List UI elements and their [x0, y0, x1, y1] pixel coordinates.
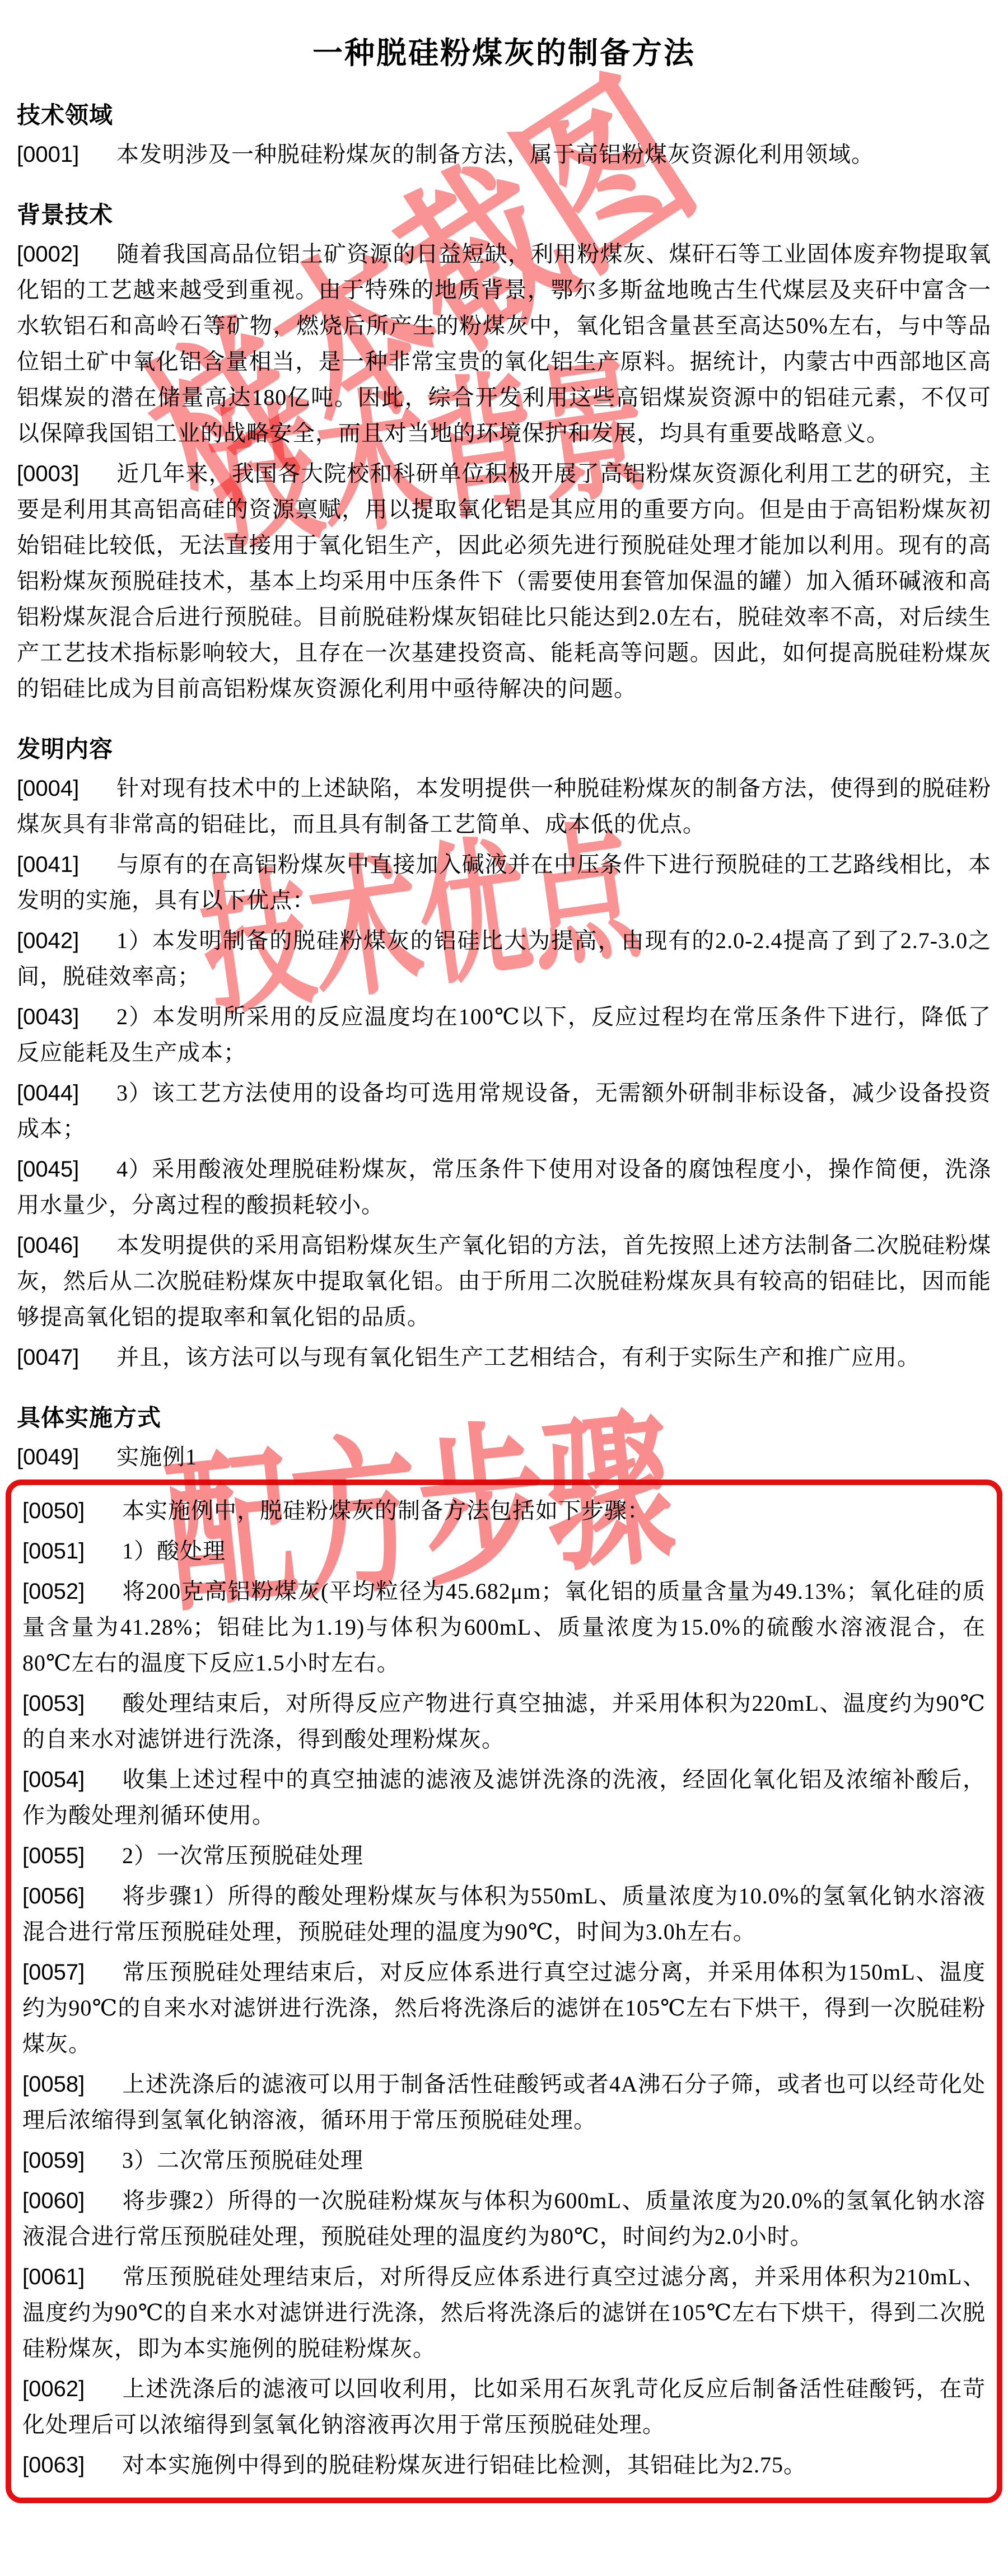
paragraph-text: 3）该工艺方法使用的设备均可选用常规设备，无需额外研制非标设备，减少设备投资成本…: [17, 1080, 991, 1141]
paragraph-number: [0049]: [17, 1439, 116, 1475]
paragraph-0054: [0054]收集上述过程中的真空抽滤的滤液及滤饼洗涤的洗液，经固化氧化铝及浓缩补…: [22, 1762, 986, 1833]
page-title: 一种脱硅粉煤灰的制备方法: [17, 34, 991, 73]
paragraph-number: [0050]: [22, 1493, 122, 1529]
paragraph-number: [0059]: [22, 2143, 122, 2178]
paragraph-number: [0041]: [17, 847, 116, 883]
paragraph-0063: [0063]对本实施例中得到的脱硅粉煤灰进行铝硅比检测，其铝硅比为2.75。: [22, 2447, 986, 2483]
paragraph-text: 酸处理结束后，对所得反应产物进行真空抽滤，并采用体积为220mL、温度约为90℃…: [22, 1691, 986, 1752]
paragraph-text: 上述洗涤后的滤液可以用于制备活性硅酸钙或者4A沸石分子筛，或者也可以经苛化处理后…: [22, 2071, 986, 2132]
paragraph-number: [0053]: [22, 1686, 122, 1721]
paragraph-number: [0045]: [17, 1151, 116, 1187]
paragraph-text: 本实施例中，脱硅粉煤灰的制备方法包括如下步骤：: [122, 1498, 650, 1523]
paragraph-number: [0063]: [22, 2447, 122, 2483]
paragraph-number: [0003]: [17, 456, 116, 492]
paragraph-number: [0047]: [17, 1340, 116, 1375]
paragraph-number: [0058]: [22, 2066, 122, 2102]
paragraph-text: 1）酸处理: [122, 1538, 226, 1564]
paragraph-text: 随着我国高品位铝土矿资源的日益短缺，利用粉煤灰、煤矸石等工业固体废弃物提取氧化铝…: [17, 241, 991, 446]
paragraph-0002: [0002]随着我国高品位铝土矿资源的日益短缺，利用粉煤灰、煤矸石等工业固体废弃…: [17, 236, 991, 451]
paragraph-number: [0046]: [17, 1228, 116, 1263]
paragraph-number: [0062]: [22, 2371, 122, 2407]
paragraph-0042: [0042]1）本发明制备的脱硅粉煤灰的铝硅比大为提高，由现有的2.0-2.4提…: [17, 923, 991, 995]
paragraph-text: 近几年来，我国各大院校和科研单位积极开展了高铝粉煤灰资源化利用工艺的研究，主要是…: [17, 461, 991, 701]
paragraph-text: 3）二次常压预脱硅处理: [122, 2148, 363, 2173]
paragraph-text: 收集上述过程中的真空抽滤的滤液及滤饼洗涤的洗液，经固化氧化铝及浓缩补酸后，作为酸…: [22, 1767, 986, 1828]
paragraph-text: 常压预脱硅处理结束后，对所得反应体系进行真空过滤分离，并采用体积为210mL、温…: [22, 2264, 986, 2361]
patent-document-page: 一种脱硅粉煤灰的制备方法 技术领域[0001]本发明涉及一种脱硅粉煤灰的制备方法…: [0, 0, 1008, 2576]
section-heading: 技术领域: [17, 97, 991, 133]
paragraph-0004: [0004]针对现有技术中的上述缺陷，本发明提供一种脱硅粉煤灰的制备方法，使得到…: [17, 771, 991, 842]
paragraph-text: 常压预脱硅处理结束后，对反应体系进行真空过滤分离，并采用体积为150mL、温度约…: [22, 1959, 986, 2056]
paragraph-0045: [0045]4）采用酸液处理脱硅粉煤灰，常压条件下使用对设备的腐蚀程度小，操作简…: [17, 1151, 991, 1223]
paragraph-number: [0055]: [22, 1838, 122, 1874]
document-body: 技术领域[0001]本发明涉及一种脱硅粉煤灰的制备方法，属于高铝粉煤灰资源化利用…: [17, 97, 991, 2503]
paragraph-0003: [0003]近几年来，我国各大院校和科研单位积极开展了高铝粉煤灰资源化利用工艺的…: [17, 456, 991, 707]
paragraph-text: 2）一次常压预脱硅处理: [122, 1843, 363, 1868]
paragraph-text: 对本实施例中得到的脱硅粉煤灰进行铝硅比检测，其铝硅比为2.75。: [122, 2452, 806, 2477]
paragraph-0041: [0041]与原有的在高铝粉煤灰中直接加入碱液并在中压条件下进行预脱硅的工艺路线…: [17, 847, 991, 918]
paragraph-0057: [0057]常压预脱硅处理结束后，对反应体系进行真空过滤分离，并采用体积为150…: [22, 1954, 986, 2062]
paragraph-text: 本发明提供的采用高铝粉煤灰生产氧化铝的方法，首先按照上述方法制备二次脱硅粉煤灰，…: [17, 1233, 991, 1329]
paragraph-0061: [0061]常压预脱硅处理结束后，对所得反应体系进行真空过滤分离，并采用体积为2…: [22, 2259, 986, 2367]
paragraph-0047: [0047]并且，该方法可以与现有氧化铝生产工艺相结合，有利于实际生产和推广应用…: [17, 1340, 991, 1375]
paragraph-text: 与原有的在高铝粉煤灰中直接加入碱液并在中压条件下进行预脱硅的工艺路线相比，本发明…: [17, 852, 991, 913]
paragraph-0053: [0053]酸处理结束后，对所得反应产物进行真空抽滤，并采用体积为220mL、温…: [22, 1686, 986, 1757]
paragraph-text: 实施例1: [116, 1444, 197, 1469]
paragraph-number: [0004]: [17, 771, 116, 806]
paragraph-number: [0001]: [17, 137, 116, 172]
paragraph-number: [0044]: [17, 1075, 116, 1111]
paragraph-0059: [0059]3）二次常压预脱硅处理: [22, 2143, 986, 2178]
paragraph-number: [0052]: [22, 1574, 122, 1609]
section-heading: 背景技术: [17, 197, 991, 233]
paragraph-number: [0054]: [22, 1762, 122, 1798]
paragraph-0001: [0001]本发明涉及一种脱硅粉煤灰的制备方法，属于高铝粉煤灰资源化利用领域。: [17, 137, 991, 172]
paragraph-text: 4）采用酸液处理脱硅粉煤灰，常压条件下使用对设备的腐蚀程度小，操作简便，洗涤用水…: [17, 1156, 991, 1217]
section-heading: 具体实施方式: [17, 1400, 991, 1436]
paragraph-text: 针对现有技术中的上述缺陷，本发明提供一种脱硅粉煤灰的制备方法，使得到的脱硅粉煤灰…: [17, 776, 991, 837]
paragraph-0051: [0051]1）酸处理: [22, 1533, 986, 1569]
paragraph-number: [0043]: [17, 999, 116, 1035]
paragraph-text: 将200克高铝粉煤灰(平均粒径为45.682μm；氧化铝的质量含量为49.13%…: [22, 1579, 986, 1676]
paragraph-0058: [0058]上述洗涤后的滤液可以用于制备活性硅酸钙或者4A沸石分子筛，或者也可以…: [22, 2066, 986, 2138]
paragraph-0062: [0062]上述洗涤后的滤液可以回收利用，比如采用石灰乳苛化反应后制备活性硅酸钙…: [22, 2371, 986, 2443]
paragraph-number: [0060]: [22, 2183, 122, 2219]
section-heading: 发明内容: [17, 731, 991, 767]
paragraph-0056: [0056]将步骤1）所得的酸处理粉煤灰与体积为550mL、质量浓度为10.0%…: [22, 1878, 986, 1950]
paragraph-text: 上述洗涤后的滤液可以回收利用，比如采用石灰乳苛化反应后制备活性硅酸钙，在苛化处理…: [22, 2376, 986, 2437]
paragraph-number: [0056]: [22, 1878, 122, 1914]
paragraph-0043: [0043]2）本发明所采用的反应温度均在100℃以下，反应过程均在常压条件下进…: [17, 999, 991, 1071]
paragraph-0052: [0052]将200克高铝粉煤灰(平均粒径为45.682μm；氧化铝的质量含量为…: [22, 1574, 986, 1681]
paragraph-text: 2）本发明所采用的反应温度均在100℃以下，反应过程均在常压条件下进行，降低了反…: [17, 1004, 991, 1065]
paragraph-0060: [0060]将步骤2）所得的一次脱硅粉煤灰与体积为600mL、质量浓度为20.0…: [22, 2183, 986, 2255]
paragraph-number: [0042]: [17, 923, 116, 959]
paragraph-text: 并且，该方法可以与现有氧化铝生产工艺相结合，有利于实际生产和推广应用。: [116, 1345, 920, 1370]
paragraph-text: 将步骤1）所得的酸处理粉煤灰与体积为550mL、质量浓度为10.0%的氢氧化钠水…: [22, 1883, 986, 1944]
paragraph-0046: [0046]本发明提供的采用高铝粉煤灰生产氧化铝的方法，首先按照上述方法制备二次…: [17, 1228, 991, 1335]
paragraph-0055: [0055]2）一次常压预脱硅处理: [22, 1838, 986, 1874]
highlight-red-box: [0050]本实施例中，脱硅粉煤灰的制备方法包括如下步骤：[0051]1）酸处理…: [6, 1480, 1002, 2503]
paragraph-text: 本发明涉及一种脱硅粉煤灰的制备方法，属于高铝粉煤灰资源化利用领域。: [116, 142, 874, 167]
paragraph-0044: [0044]3）该工艺方法使用的设备均可选用常规设备，无需额外研制非标设备，减少…: [17, 1075, 991, 1147]
paragraph-number: [0057]: [22, 1954, 122, 1990]
paragraph-number: [0051]: [22, 1533, 122, 1569]
paragraph-0050: [0050]本实施例中，脱硅粉煤灰的制备方法包括如下步骤：: [22, 1493, 986, 1529]
paragraph-text: 将步骤2）所得的一次脱硅粉煤灰与体积为600mL、质量浓度为20.0%的氢氧化钠…: [22, 2188, 986, 2249]
paragraph-0049: [0049]实施例1: [17, 1439, 991, 1475]
paragraph-text: 1）本发明制备的脱硅粉煤灰的铝硅比大为提高，由现有的2.0-2.4提高了到了2.…: [17, 928, 991, 989]
paragraph-number: [0002]: [17, 236, 116, 272]
paragraph-number: [0061]: [22, 2259, 122, 2295]
